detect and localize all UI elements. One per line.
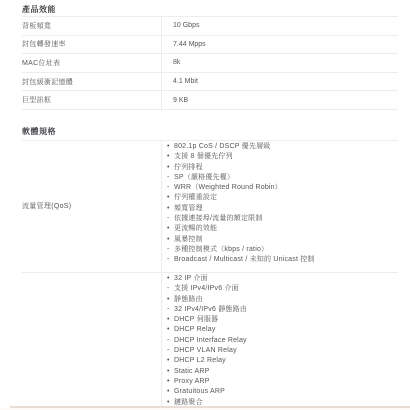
feature-text: 佇列權重設定 — [174, 193, 217, 203]
feature-text: 支援 8 個優先佇列 — [174, 152, 233, 162]
feature-item: - SP（嚴格優先權） — [167, 173, 315, 183]
spec-table: 流量管理(QoS) • 802.1p CoS / DSCP 優先層級 • 支援 … — [22, 140, 398, 409]
feature-item: • DHCP 伺服器 — [167, 315, 247, 325]
feature-item: • Gratuitous ARP — [167, 387, 247, 397]
bullet-icon: • — [167, 235, 174, 245]
feature-text: 更流暢的效能 — [174, 224, 217, 234]
feature-text: Proxy ARP — [174, 377, 210, 387]
bullet-icon: • — [167, 295, 174, 305]
spec-section: 軟體規格 流量管理(QoS) • 802.1p CoS / DSCP 優先層級 … — [22, 127, 398, 409]
feature-text: Static ARP — [174, 367, 209, 377]
spec-row: 背板頻寬 10 Gbps — [22, 16, 398, 35]
bullet-icon: • — [167, 142, 174, 152]
feature-item: - DHCP Interface Relay — [167, 336, 247, 346]
bullet-icon: • — [167, 163, 174, 173]
feature-item: • 佇列權重設定 — [167, 193, 315, 203]
row-label: 封包轉發速率 — [22, 36, 162, 54]
feature-text: Gratuitous ARP — [174, 387, 225, 397]
feature-item: • 佇列排程 — [167, 163, 315, 173]
feature-text: DHCP VLAN Relay — [174, 346, 237, 356]
dash-icon: - — [167, 346, 174, 356]
feature-text: 32 IPv4/IPv6 靜態路由 — [174, 305, 247, 315]
feature-item: • 32 IP 介面 — [167, 274, 247, 284]
bullet-icon: • — [167, 193, 174, 203]
feature-text: 依據連接埠/流量的額定限制 — [174, 214, 263, 224]
feature-item: - WRR（Weighted Round Robin） — [167, 183, 315, 193]
section-title: 產品效能 — [22, 5, 398, 14]
row-label: 巨型訊框 — [22, 91, 162, 109]
feature-item: • DHCP Relay — [167, 325, 247, 335]
row-label: MAC位址表 — [22, 54, 162, 72]
feature-text: SP（嚴格優先權） — [174, 173, 234, 183]
bullet-icon: • — [167, 315, 174, 325]
bullet-icon: • — [167, 204, 174, 214]
dash-icon: - — [167, 245, 174, 255]
feature-text: 頻寬管理 — [174, 204, 203, 214]
spec-row: 巨型訊框 9 KB — [22, 90, 398, 109]
feature-text: DHCP 伺服器 — [174, 315, 218, 325]
feature-text: 風暴控制 — [174, 235, 203, 245]
feature-item: - 支援 IPv4/IPv6 介面 — [167, 284, 247, 294]
spec-row: 封包轉發速率 7.44 Mpps — [22, 35, 398, 54]
row-label: 流量管理(QoS) — [22, 141, 162, 272]
feature-item: • 802.1p CoS / DSCP 優先層級 — [167, 142, 315, 152]
row-label: 背板頻寬 — [22, 17, 162, 35]
bullet-icon: • — [167, 274, 174, 284]
feature-item: • 支援 8 個優先佇列 — [167, 152, 315, 162]
feature-text: WRR（Weighted Round Robin） — [174, 183, 282, 193]
dash-icon: - — [167, 255, 174, 265]
feature-item: • 靜態路由 — [167, 295, 247, 305]
feature-item: - 32 IPv4/IPv6 靜態路由 — [167, 305, 247, 315]
bullet-icon: • — [167, 356, 174, 366]
feature-item: - Broadcast / Multicast / 未知的 Unicast 控制 — [167, 255, 315, 265]
feature-item: - DHCP VLAN Relay — [167, 346, 247, 356]
row-value-cell: • 32 IP 介面 - 支援 IPv4/IPv6 介面 • 靜態路由 - 32… — [162, 273, 398, 409]
spec-table: 背板頻寬 10 Gbps 封包轉發速率 7.44 Mpps MAC位址表 8k … — [22, 16, 398, 110]
feature-item: • Proxy ARP — [167, 377, 247, 387]
row-value: 4.1 Mbit — [162, 73, 398, 91]
dash-icon: - — [167, 214, 174, 224]
feature-text: Broadcast / Multicast / 未知的 Unicast 控制 — [174, 255, 315, 265]
row-value: 10 Gbps — [162, 17, 398, 35]
bullet-icon: • — [167, 387, 174, 397]
bullet-icon: • — [167, 325, 174, 335]
spec-row: • 32 IP 介面 - 支援 IPv4/IPv6 介面 • 靜態路由 - 32… — [22, 272, 398, 409]
bullet-icon: • — [167, 367, 174, 377]
dash-icon: - — [167, 284, 174, 294]
feature-text: 靜態路由 — [174, 295, 203, 305]
spec-section: 產品效能 背板頻寬 10 Gbps 封包轉發速率 7.44 Mpps MAC位址… — [22, 5, 398, 110]
row-value-cell: • 802.1p CoS / DSCP 優先層級 • 支援 8 個優先佇列 • … — [162, 141, 398, 272]
feature-text: 32 IP 介面 — [174, 274, 208, 284]
row-value: 7.44 Mpps — [162, 36, 398, 54]
spec-row: MAC位址表 8k — [22, 53, 398, 72]
dash-icon: - — [167, 173, 174, 183]
feature-text: DHCP Interface Relay — [174, 336, 247, 346]
feature-item: • 更流暢的效能 — [167, 224, 315, 234]
feature-text: 佇列排程 — [174, 163, 203, 173]
spec-row: 流量管理(QoS) • 802.1p CoS / DSCP 優先層級 • 支援 … — [22, 140, 398, 272]
feature-list: • 802.1p CoS / DSCP 優先層級 • 支援 8 個優先佇列 • … — [167, 141, 315, 267]
spec-page: 產品效能 背板頻寬 10 Gbps 封包轉發速率 7.44 Mpps MAC位址… — [0, 0, 410, 409]
feature-list: • 32 IP 介面 - 支援 IPv4/IPv6 介面 • 靜態路由 - 32… — [167, 273, 247, 409]
feature-text: DHCP L2 Relay — [174, 356, 226, 366]
dash-icon: - — [167, 183, 174, 193]
feature-text: 多種控制模式（kbps / ratio） — [174, 245, 268, 255]
feature-item: • 風暴控制 — [167, 235, 315, 245]
feature-text: DHCP Relay — [174, 325, 216, 335]
bullet-icon: • — [167, 377, 174, 387]
feature-text: 802.1p CoS / DSCP 優先層級 — [174, 142, 270, 152]
bullet-icon: • — [167, 152, 174, 162]
row-value: 8k — [162, 54, 398, 72]
feature-item: - 依據連接埠/流量的額定限制 — [167, 214, 315, 224]
dash-icon: - — [167, 305, 174, 315]
feature-item: • DHCP L2 Relay — [167, 356, 247, 366]
bullet-icon: • — [167, 224, 174, 234]
section-title: 軟體規格 — [22, 127, 398, 136]
row-label — [22, 273, 162, 409]
feature-item: • Static ARP — [167, 367, 247, 377]
dash-icon: - — [167, 336, 174, 346]
spec-row: 封包緩衝記憶體 4.1 Mbit — [22, 72, 398, 91]
feature-item: • 頻寬管理 — [167, 204, 315, 214]
row-label: 封包緩衝記憶體 — [22, 73, 162, 91]
row-value: 9 KB — [162, 91, 398, 109]
page-bottom-divider — [0, 406, 410, 410]
feature-text: 支援 IPv4/IPv6 介面 — [174, 284, 239, 294]
feature-item: - 多種控制模式（kbps / ratio） — [167, 245, 315, 255]
